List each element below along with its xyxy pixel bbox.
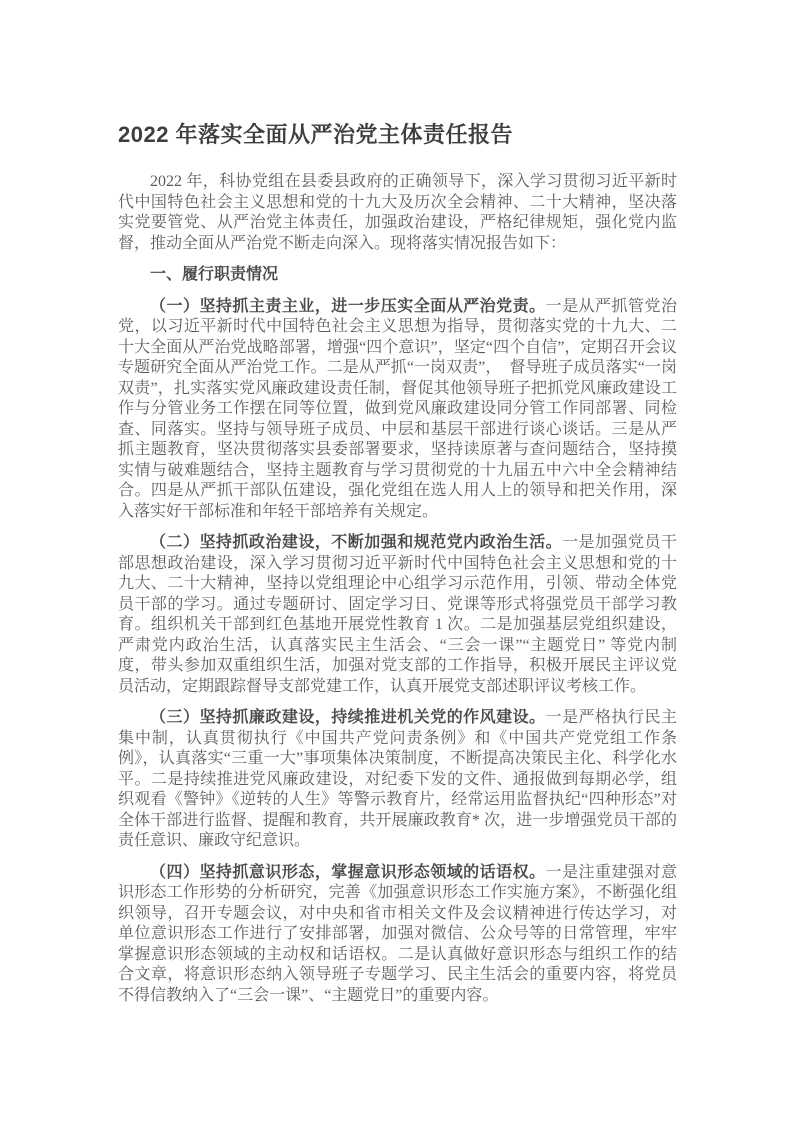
paragraph-3-lead: （三）坚持抓廉政建设，持续推进机关党的作风建设。: [150, 709, 546, 726]
intro-paragraph: 2022 年，科协党组在县委县政府的正确领导下，深入学习贯彻习近平新时代中国特色…: [118, 172, 677, 254]
paragraph-2-text: 一是加强党员干部思想政治建设，深入学习贯彻习近平新时代中国特色社会主义思想和党的…: [118, 534, 677, 695]
document-page: 2022 年落实全面从严治党主体责任报告 2022 年，科协党组在县委县政府的正…: [0, 0, 793, 1122]
section-heading-1: 一、履行职责情况: [118, 265, 677, 286]
paragraph-2-lead: （二）坚持抓政治建设，不断加强和规范党内政治生活。: [150, 534, 562, 551]
paragraph-item-1: （一）坚持抓主责主业，进一步压实全面从严治党责。一是从严抓管党治党，以习近平新时…: [118, 297, 677, 523]
paragraph-item-2: （二）坚持抓政治建设，不断加强和规范党内政治生活。一是加强党员干部思想政治建设，…: [118, 533, 677, 697]
paragraph-3-text: 一是严格执行民主集中制，认真贯彻执行《中国共产党问责条例》和《中国共产党党组工作…: [118, 709, 677, 849]
paragraph-1-text: 一是从严抓管党治党，以习近平新时代中国特色社会主义思想为指导，贯彻落实党的十九大…: [118, 298, 677, 520]
paragraph-1-lead: （一）坚持抓主责主业，进一步压实全面从严治党责。: [150, 298, 546, 315]
paragraph-item-4: （四）坚持抓意识形态，掌握意识形态领域的话语权。一是注重建强对意识形态工作形势的…: [118, 863, 677, 1007]
paragraph-item-3: （三）坚持抓廉政建设，持续推进机关党的作风建设。一是严格执行民主集中制，认真贯彻…: [118, 708, 677, 852]
document-title: 2022 年落实全面从严治党主体责任报告: [118, 120, 677, 150]
paragraph-4-text: 一是注重建强对意识形态工作形势的分析研究，完善《加强意识形态工作实施方案》，不断…: [118, 864, 677, 1004]
paragraph-4-lead: （四）坚持抓意识形态，掌握意识形态领域的话语权。: [150, 864, 546, 881]
